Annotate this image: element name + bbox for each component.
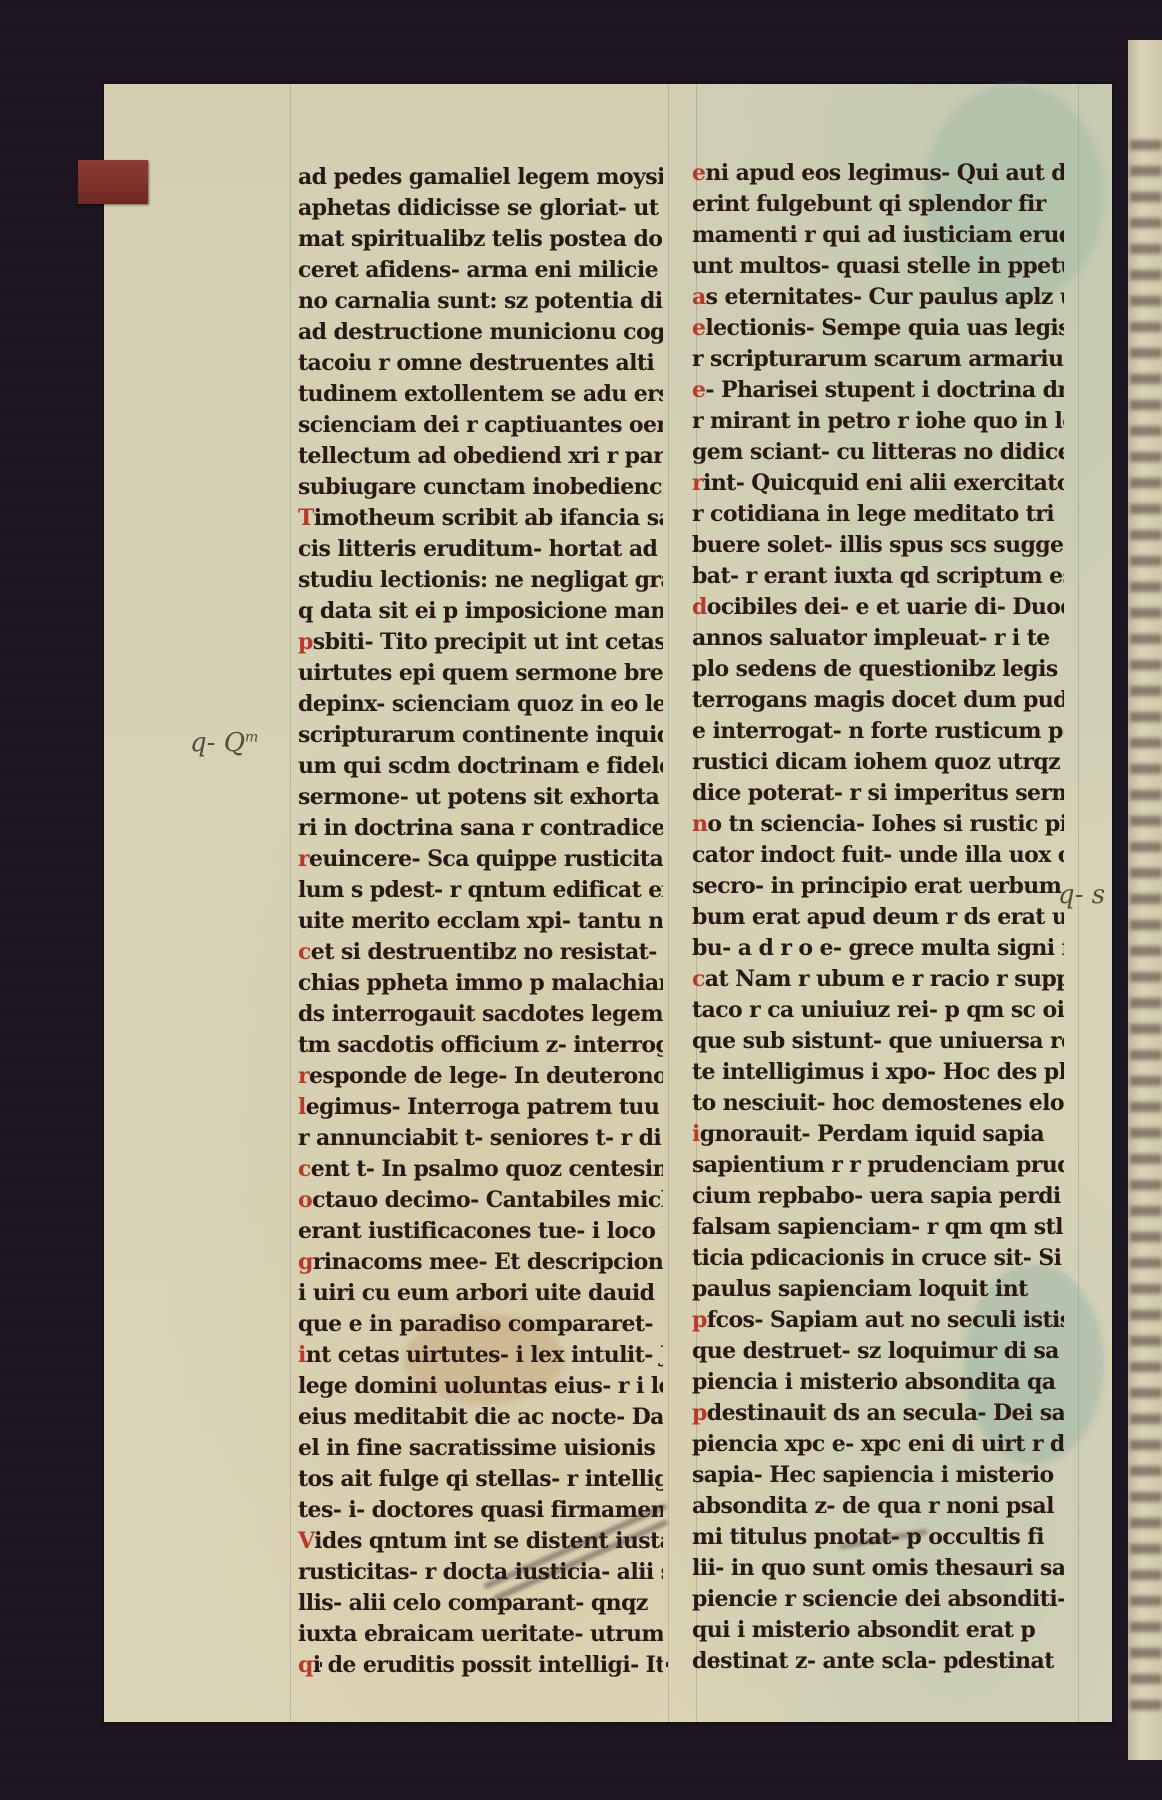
text-line: cium repbabo- uera sapia perdi [692, 1181, 1064, 1212]
text-line: e- Pharisei stupent i doctrina dni [692, 375, 1064, 406]
text-column-right: eni apud eos legimus- Qui aut docti fuer… [692, 158, 1064, 1677]
text-line: electionis- Sempe quia uas legis [692, 313, 1064, 344]
text-line: tudinem extollentem se adu ers [298, 379, 663, 410]
text-line: piencia i misterio absondita qa [692, 1367, 1064, 1398]
text-line: legimus- Interroga patrem tuu [298, 1092, 663, 1123]
text-line: que e in paradiso compararet- [298, 1309, 663, 1340]
pricking-mark [666, 1662, 668, 1667]
text-line: sapientium r r prudenciam prude [692, 1150, 1064, 1181]
text-line: chias ppheta immo p malachiam [298, 968, 663, 999]
text-line: depinx- scienciam quoz in eo legat [298, 689, 663, 720]
text-line: cet si destruentibz no resistat- Mala [298, 937, 663, 968]
text-line: mi titulus pnotat- p occultis fi [692, 1522, 1064, 1553]
text-line: uite merito ecclam xpi- tantu no [298, 906, 663, 937]
text-line: octauo decimo- Cantabiles michi [298, 1185, 663, 1216]
text-line: subiugare cunctam inobedienciã [298, 472, 663, 503]
text-line: erint fulgebunt qi splendor fir [692, 189, 1064, 220]
text-line: absondita z- de qua r noni psal [692, 1491, 1064, 1522]
text-line: terrogans magis docet dum pud [692, 685, 1064, 716]
text-line: piencia xpc e- xpc eni di uirt r dei [692, 1429, 1064, 1460]
text-line: scripturarum continente inquid e [298, 720, 663, 751]
text-line: lum s pdest- r qntum edificat ex [298, 875, 663, 906]
text-line: um qui scdm doctrinam e fidele [298, 751, 663, 782]
ruling-line [668, 84, 669, 1722]
text-line: tes- i- doctores quasi firmamentum [298, 1495, 663, 1526]
text-line: el in fine sacratissime uisionis i [298, 1433, 663, 1464]
text-line: qi de eruditis possit intelligi- Ita [298, 1650, 663, 1681]
text-line: cent t- In psalmo quoz centesimo [298, 1154, 663, 1185]
text-line: ceret afidens- arma eni milicie nre [298, 255, 663, 286]
text-line: dice poterat- r si imperitus sermoe [692, 778, 1064, 809]
text-line: i uiri cu eum arbori uite dauid [298, 1278, 663, 1309]
text-line: paulus sapienciam loquit int [692, 1274, 1064, 1305]
text-line: destinat z- ante scla- pdestinat [692, 1646, 1064, 1677]
text-line: responde de lege- In deuteronomio [298, 1061, 663, 1092]
text-line: tm sacdotis officium z- interrogati [298, 1030, 663, 1061]
text-line: te intelligimus i xpo- Hoc des pla [692, 1057, 1064, 1088]
text-line: iuxta ebraicam ueritate- utrum [298, 1619, 663, 1650]
text-line: pdestinauit ds an secula- Dei sa [692, 1398, 1064, 1429]
text-column-left: ad pedes gamaliel legem moysi raphetas d… [298, 162, 663, 1681]
text-line: taco r ca uniuiuz rei- p qm sc oia [692, 995, 1064, 1026]
text-line: llis- alii celo comparant- qnqz [298, 1588, 663, 1619]
text-line: que sub sistunt- que uniuersa reo [692, 1026, 1064, 1057]
text-line: rustici dicam iohem quoz utrqz e [692, 747, 1064, 778]
text-line: ad pedes gamaliel legem moysi r [298, 162, 663, 193]
text-line: ticia pdicacionis in cruce sit- Si [692, 1243, 1064, 1274]
text-line: gem sciant- cu litteras no didice [692, 437, 1064, 468]
text-line: ignorauit- Perdam iquid sapia [692, 1119, 1064, 1150]
text-line: reuincere- Sca quippe rusticitas so [298, 844, 663, 875]
text-line: lege domini uoluntas eius- r i lege [298, 1371, 663, 1402]
ruling-line [290, 84, 291, 1722]
text-line: Timotheum scribit ab ifancia sa [298, 503, 663, 534]
text-line: pfcos- Sapiam aut no seculi istis [692, 1305, 1064, 1336]
margin-note-right: q- s [1058, 880, 1105, 910]
text-line: r mirant in petro r iohe quo in le [692, 406, 1064, 437]
text-line: bu- a d r o e- grece multa signi fi [692, 933, 1064, 964]
text-line: r annunciabit t- seniores t- r di [298, 1123, 663, 1154]
text-line: e interrogat- n forte rusticum petr [692, 716, 1064, 747]
text-line: erant iustificacones tue- i loco pe [298, 1216, 663, 1247]
text-line: int cetas uirtutes- i lex intulit- J [298, 1340, 663, 1371]
text-line: to nesciuit- hoc demostenes eloqn [692, 1088, 1064, 1119]
text-line: psbiti- Tito precipit ut int cetas [298, 627, 663, 658]
text-line: eni apud eos legimus- Qui aut docti fu [692, 158, 1064, 189]
text-line: plo sedens de questionibz legis i [692, 654, 1064, 685]
text-line: q data sit ei p imposicione manus [298, 596, 663, 627]
text-line: as eternitates- Cur paulus aplz ua [692, 282, 1064, 313]
text-line: r cotidiana in lege meditato tri [692, 499, 1064, 530]
text-line: buere solet- illis spus scs suggere [692, 530, 1064, 561]
text-line: docibiles dei- e et uarie di- Duodeci [692, 592, 1064, 623]
margin-note-left-text: q- Q [190, 728, 245, 758]
text-line: Vides qntum int se distent iusta [298, 1526, 663, 1557]
text-line: sapia- Hec sapiencia i misterio [692, 1460, 1064, 1491]
text-line: bum erat apud deum r ds erat u [692, 902, 1064, 933]
text-line: ds interrogauit sacdotes legem q [298, 999, 663, 1030]
text-line: que destruet- sz loquimur di sa [692, 1336, 1064, 1367]
text-line: r scripturarum scarum armariu [692, 344, 1064, 375]
text-line: studiu lectionis: ne negligat gram [298, 565, 663, 596]
text-line: piencie r sciencie dei absonditi- r [692, 1584, 1064, 1615]
text-line: cis litteris eruditum- hortat ad [298, 534, 663, 565]
text-line: bat- r erant iuxta qd scriptum est [692, 561, 1064, 592]
text-line: sermone- ut potens sit exhorta [298, 782, 663, 813]
text-line: unt multos- quasi stelle in ppetu [692, 251, 1064, 282]
text-line: rusticitas- r docta iusticia- alii ste [298, 1557, 663, 1588]
margin-note-left: q- Qm [190, 728, 258, 758]
text-line: no carnalia sunt: sz potentia di [298, 286, 663, 317]
margin-note-left-superscript: m [245, 729, 258, 745]
text-line: falsam sapienciam- r qm qm stl [692, 1212, 1064, 1243]
text-line: rint- Quicquid eni alii exercitato [692, 468, 1064, 499]
text-line: annos saluator impleuat- r i te [692, 623, 1064, 654]
leather-tab-marker [78, 160, 148, 204]
text-line: scienciam dei r captiuantes oem i [298, 410, 663, 441]
text-line: cator indoct fuit- unde illa uox ob [692, 840, 1064, 871]
text-line: aphetas didicisse se gloriat- ut ar [298, 193, 663, 224]
text-line: cat Nam r ubum e r racio r supputa [692, 964, 1064, 995]
text-line: mat spiritualibz telis postea do [298, 224, 663, 255]
text-line: eius meditabit die ac nocte- Dani [298, 1402, 663, 1433]
text-line: tellectum ad obediend xri r parati [298, 441, 663, 472]
text-line: qui i misterio absondit erat p [692, 1615, 1064, 1646]
text-line: ri in doctrina sana r contradicente [298, 813, 663, 844]
text-line: no tn sciencia- Iohes si rustic pi [692, 809, 1064, 840]
text-line: tos ait fulge qi stellas- r intellige [298, 1464, 663, 1495]
text-line: grinacoms mee- Et descripcione uir [298, 1247, 663, 1278]
text-line: ad destructione municionu cogi [298, 317, 663, 348]
text-line: uirtutes epi quem sermone brem [298, 658, 663, 689]
text-line: secro- in principio erat uerbum r u [692, 871, 1064, 902]
text-line: lii- in quo sunt omis thesauri sa [692, 1553, 1064, 1584]
adjacent-leaf-text-blur [1130, 140, 1162, 1720]
text-line: tacoiu r omne destruentes alti [298, 348, 663, 379]
text-line: mamenti r qui ad iusticiam erudi [692, 220, 1064, 251]
